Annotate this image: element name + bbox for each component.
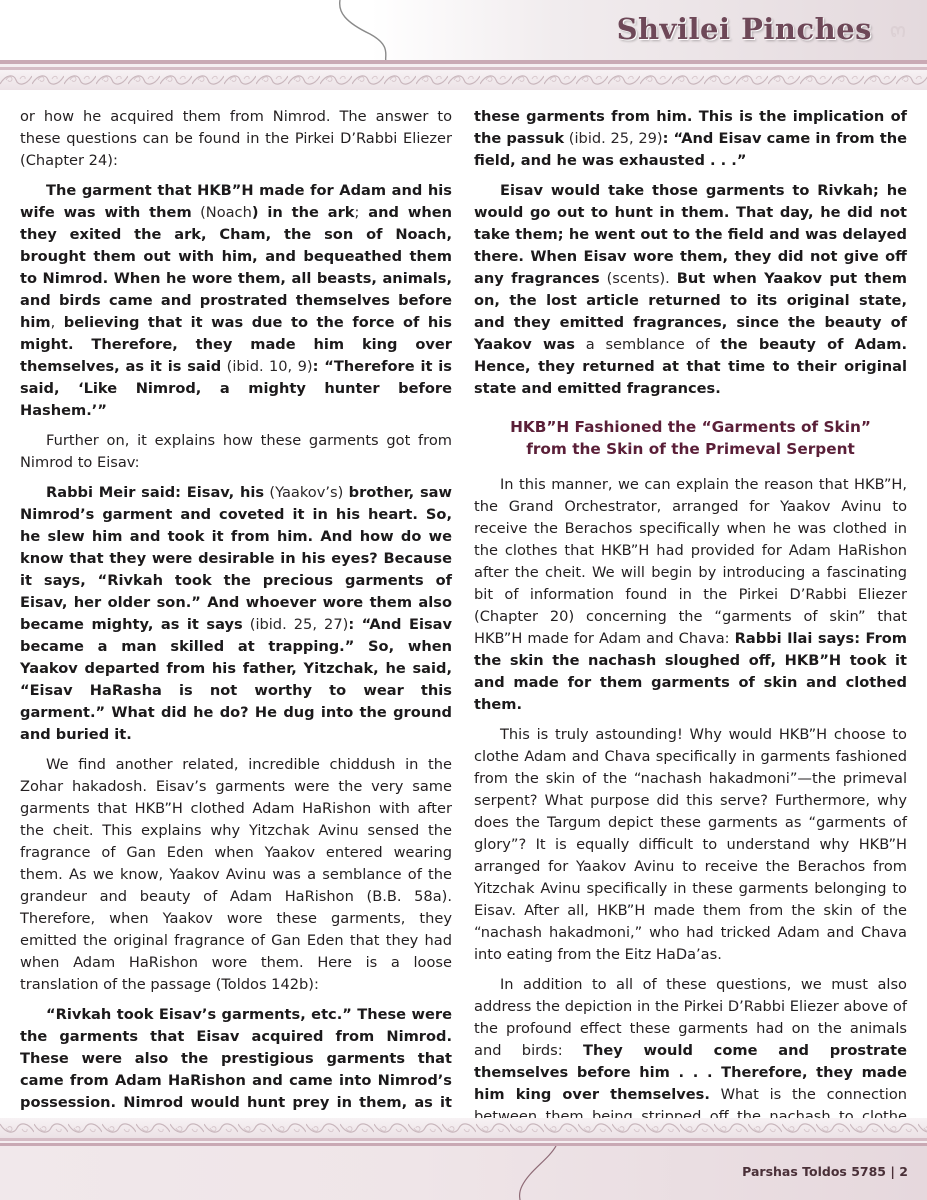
bold-text: and when they exited the ark, Cham, the … [20,204,452,331]
parenthetical: (scents). [600,270,677,287]
ornamental-border-bottom [0,1118,927,1138]
page-footer: Parshas Toldos 5785 | 2 [0,1146,927,1200]
publication-title: Shvilei Pinches [617,12,872,46]
ornament-icon: ๓ [887,16,909,42]
quoted-passage: Rabbi Meir said: Eisav, his (Yaakov’s) b… [20,482,452,746]
parsha-label: Parshas Toldos 5785 [742,1164,886,1179]
quoted-passage: these garments from him. This is the imp… [474,106,907,172]
page-number: 2 [899,1164,908,1179]
citation: (ibid. 25, 29) [564,130,662,147]
ornamental-border-top [0,70,927,90]
scroll-pattern-icon [0,70,927,90]
bold-text: ) in the ark [252,204,355,221]
section-heading-line-1: HKB”H Fashioned the “Garments of Skin” [474,416,907,438]
regular-text: a semblance of [575,336,720,353]
quoted-passage: Eisav would take those garments to Rivka… [474,180,907,400]
section-heading: HKB”H Fashioned the “Garments of Skin” f… [474,416,907,460]
right-column: these garments from him. This is the imp… [474,106,907,1180]
parenthetical: (Yaakov’s) [264,484,349,501]
bold-text: brother, saw Nimrod’s garment and covete… [20,484,452,633]
paragraph: or how he acquired them from Nimrod. The… [20,106,452,172]
section-heading-line-2: from the Skin of the Primeval Serpent [474,438,907,460]
paragraph: Further on, it explains how these garmen… [20,430,452,474]
quoted-passage: The garment that HKB”H made for Adam and… [20,180,452,422]
parenthetical: (Noach [200,204,252,221]
left-column: or how he acquired them from Nimrod. The… [20,106,452,1188]
page-footer-label: Parshas Toldos 5785 | 2 [742,1164,908,1179]
regular-text: In this manner, we can explain the reaso… [474,476,907,647]
paragraph: We find another related, incredible chid… [20,754,452,996]
page-header: Shvilei Pinches ๓ [0,0,927,62]
bold-text: Rabbi Meir said: Eisav, his [46,484,264,501]
scroll-pattern-icon [0,1118,927,1138]
citation: (ibid. 25, 27) [243,616,349,633]
bold-text: : “And Eisav became a man skilled at tra… [20,616,452,743]
bold-text: “Rivkah took Eisav’s garments, etc.” The… [20,1006,452,1133]
footer-separator: | [890,1164,895,1179]
paragraph: This is truly astounding! Why would HKB”… [474,724,907,966]
paragraph: In this manner, we can explain the reaso… [474,474,907,716]
citation: (ibid. 10, 9) [221,358,312,375]
